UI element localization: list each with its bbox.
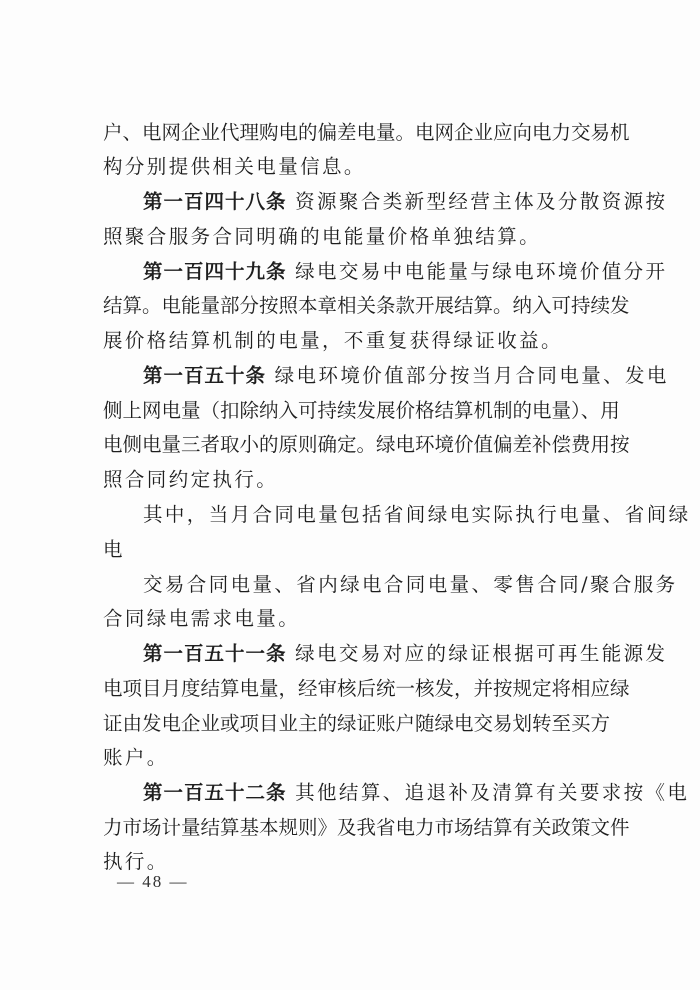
article-152: 第一百五十二条 其他结算、追退补及清算有关要求按《电 (103, 781, 603, 805)
text-line: 户、电网企业代理购电的偏差电量。电网企业应向电力交易机 (103, 121, 603, 145)
text-line: 证由发电企业或项目业主的绿证账户随绿电交易划转至买方 (103, 712, 603, 736)
text-line: 构分别提供相关电量信息。 (103, 155, 603, 179)
article-148: 第一百四十八条 资源聚合类新型经营主体及分散资源按 (103, 190, 603, 214)
article-text: 绿电交易中电能量与绿电环境价值分开 (287, 260, 668, 283)
text-line: 合同绿电需求电量。 (103, 607, 603, 631)
text-line: 照聚合服务合同明确的电能量价格单独结算。 (103, 225, 603, 249)
article-heading: 第一百五十条 (143, 364, 266, 387)
article-149: 第一百四十九条 绿电交易中电能量与绿电环境价值分开 (103, 260, 603, 284)
article-151: 第一百五十一条 绿电交易对应的绿证根据可再生能源发 (103, 642, 603, 666)
text-line: 电侧电量三者取小的原则确定。绿电环境价值偏差补偿费用按 (103, 433, 603, 457)
article-heading: 第一百五十一条 (143, 642, 287, 665)
article-heading: 第一百五十二条 (143, 781, 287, 804)
text-line: 结算。电能量部分按照本章相关条款开展结算。纳入可持续发 (103, 294, 603, 318)
page-number: — 48 — (117, 872, 189, 892)
text-line: 交易合同电量、省内绿电合同电量、零售合同/聚合服务 (103, 573, 603, 597)
text-line: 执行。 (103, 850, 603, 874)
article-text: 其他结算、追退补及清算有关要求按《电 (287, 781, 690, 804)
article-heading: 第一百四十九条 (143, 260, 287, 283)
text-line: 电项目月度结算电量，经审核后统一核发，并按规定将相应绿 (103, 677, 603, 701)
article-text: 资源聚合类新型经营主体及分散资源按 (287, 190, 668, 213)
article-text: 绿电环境价值部分按当月合同电量、发电 (266, 364, 669, 387)
article-heading: 第一百四十八条 (143, 190, 287, 213)
text-line: 展价格结算机制的电量，不重复获得绿证收益。 (103, 329, 603, 353)
text-line: 电 (103, 538, 603, 562)
text-line: 力市场计量结算基本规则》及我省电力市场结算有关政策文件 (103, 816, 603, 840)
text-line: 侧上网电量（扣除纳入可持续发展价格结算机制的电量）、用 (103, 399, 603, 423)
article-text: 绿电交易对应的绿证根据可再生能源发 (287, 642, 668, 665)
text-line: 照合同约定执行。 (103, 468, 603, 492)
text-line: 账户。 (103, 746, 603, 770)
article-150: 第一百五十条 绿电环境价值部分按当月合同电量、发电 (103, 364, 603, 388)
text-line: 其中，当月合同电量包括省间绿电实际执行电量、省间绿 (103, 503, 603, 527)
document-page: 户、电网企业代理购电的偏差电量。电网企业应向电力交易机 构分别提供相关电量信息。… (0, 0, 700, 990)
